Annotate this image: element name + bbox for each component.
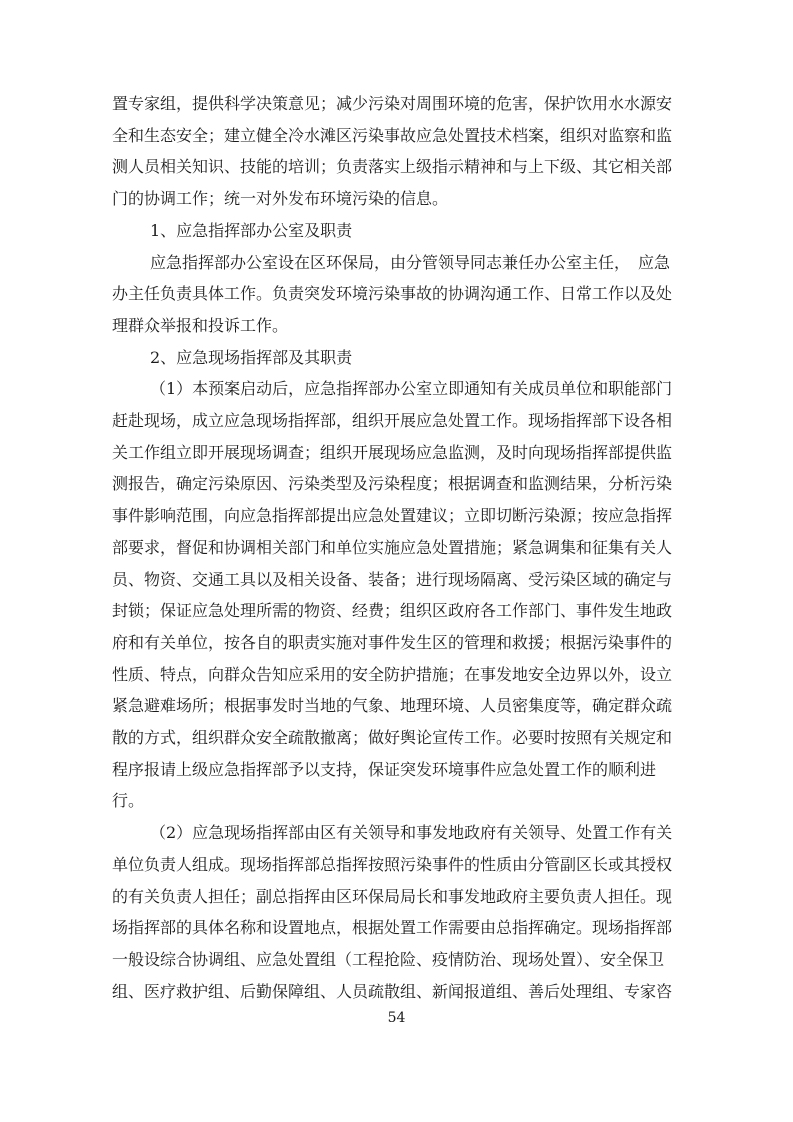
page-number: 54 [0,1008,793,1028]
document-page: 置专家组，提供科学决策意见；减少污染对周围环境的危害，保护饮用水水源安 全和生态… [0,0,793,1122]
paragraph-continuation: 置专家组，提供科学决策意见；减少污染对周围环境的危害，保护饮用水水源安 全和生态… [112,88,676,215]
paragraph-office-duties: 应急指挥部办公室设在区环保局，由分管领导同志兼任办公室主任， 应急 办主任负责具… [112,247,676,342]
paragraph-field-hq-activation: （1）本预案启动后，应急指挥部办公室立即通知有关成员单位和职能部门 赶赴现场，成… [112,373,676,817]
numbered-heading-field-hq: 2、应急现场指挥部及其职责 [112,342,676,374]
numbered-heading-office-duties: 1、应急指挥部办公室及职责 [112,215,676,247]
document-text-body: 置专家组，提供科学决策意见；减少污染对周围环境的危害，保护饮用水水源安 全和生态… [112,88,676,1007]
paragraph-field-hq-composition: （2）应急现场指挥部由区有关领导和事发地政府有关领导、处置工作有关 单位负责人组… [112,817,676,1007]
